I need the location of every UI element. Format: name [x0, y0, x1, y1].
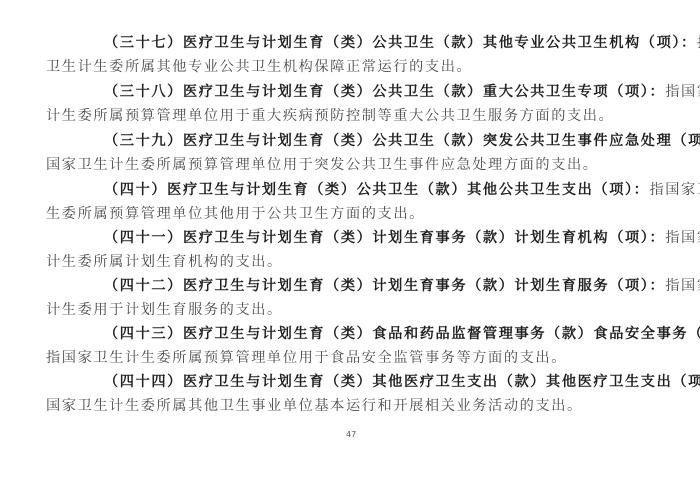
entry-text: 指国家卫生	[665, 84, 700, 100]
entry-continuation: 计生委用于计划生育服务的支出。	[46, 300, 283, 320]
entry-heading-line: （四十三）医疗卫生与计划生育（类）食品和药品监督管理事务（款）食品安全事务（项）…	[104, 324, 700, 344]
entry-heading-line: （四十一）医疗卫生与计划生育（类）计划生育事务（款）计划生育机构（项）：指国家卫…	[104, 228, 700, 248]
entry-text: 指国家卫生	[665, 230, 700, 246]
entry-continuation: 卫生计生委所属其他专业公共卫生机构保障正常运行的支出。	[46, 57, 472, 77]
entry-heading-line: （四十二）医疗卫生与计划生育（类）计划生育事务（款）计划生育服务（项）：指国家卫…	[104, 276, 700, 296]
entry-continuation: 生委所属预算管理单位其他用于公共卫生方面的支出。	[46, 204, 425, 224]
entry-heading: （四十三）医疗卫生与计划生育（类）食品和药品监督管理事务（款）食品安全事务（项）…	[104, 326, 700, 342]
entry-heading: （四十四）医疗卫生与计划生育（类）其他医疗卫生支出（款）其他医疗卫生支出（项）：	[104, 374, 700, 390]
entry-heading: （四十一）医疗卫生与计划生育（类）计划生育事务（款）计划生育机构（项）：	[104, 230, 665, 246]
entry-heading: （三十七）医疗卫生与计划生育（类）公共卫生（款）其他专业公共卫生机构（项）：	[104, 35, 697, 51]
entry-heading-line: （三十七）医疗卫生与计划生育（类）公共卫生（款）其他专业公共卫生机构（项）：指国…	[104, 33, 700, 53]
page-number: 47	[346, 430, 356, 439]
entry-continuation: 计生委所属预算管理单位用于重大疾病预防控制等重大公共卫生服务方面的支出。	[46, 106, 614, 126]
entry-heading: （三十九）医疗卫生与计划生育（类）公共卫生（款）突发公共卫生事件应急处理（项）：	[104, 133, 700, 149]
entry-text: 指国家卫生	[665, 278, 700, 294]
entry-heading: （三十八）医疗卫生与计划生育（类）公共卫生（款）重大公共卫生专项（项）：	[104, 84, 665, 100]
entry-continuation: 指国家卫生计生委所属预算管理单位用于食品安全监管事务等方面的支出。	[46, 348, 567, 368]
entry-continuation: 国家卫生计生委所属预算管理单位用于突发公共卫生事件应急处理方面的支出。	[46, 155, 599, 175]
entry-heading: （四十）医疗卫生与计划生育（类）公共卫生（款）其他公共卫生支出（项）：	[104, 182, 649, 198]
entry-heading-line: （三十九）医疗卫生与计划生育（类）公共卫生（款）突发公共卫生事件应急处理（项）：…	[104, 131, 700, 151]
entry-heading: （四十二）医疗卫生与计划生育（类）计划生育事务（款）计划生育服务（项）：	[104, 278, 665, 294]
entry-heading-line: （三十八）医疗卫生与计划生育（类）公共卫生（款）重大公共卫生专项（项）：指国家卫…	[104, 82, 700, 102]
document-page: （三十七）医疗卫生与计划生育（类）公共卫生（款）其他专业公共卫生机构（项）：指国…	[0, 0, 700, 494]
entry-continuation: 国家卫生计生委所属其他卫生事业单位基本运行和开展相关业务活动的支出。	[46, 396, 583, 416]
entry-text: 指国家卫生计	[649, 182, 700, 198]
entry-continuation: 计生委所属计划生育机构的支出。	[46, 252, 283, 272]
entry-heading-line: （四十）医疗卫生与计划生育（类）公共卫生（款）其他公共卫生支出（项）：指国家卫生…	[104, 180, 700, 200]
entry-heading-line: （四十四）医疗卫生与计划生育（类）其他医疗卫生支出（款）其他医疗卫生支出（项）：…	[104, 372, 700, 392]
